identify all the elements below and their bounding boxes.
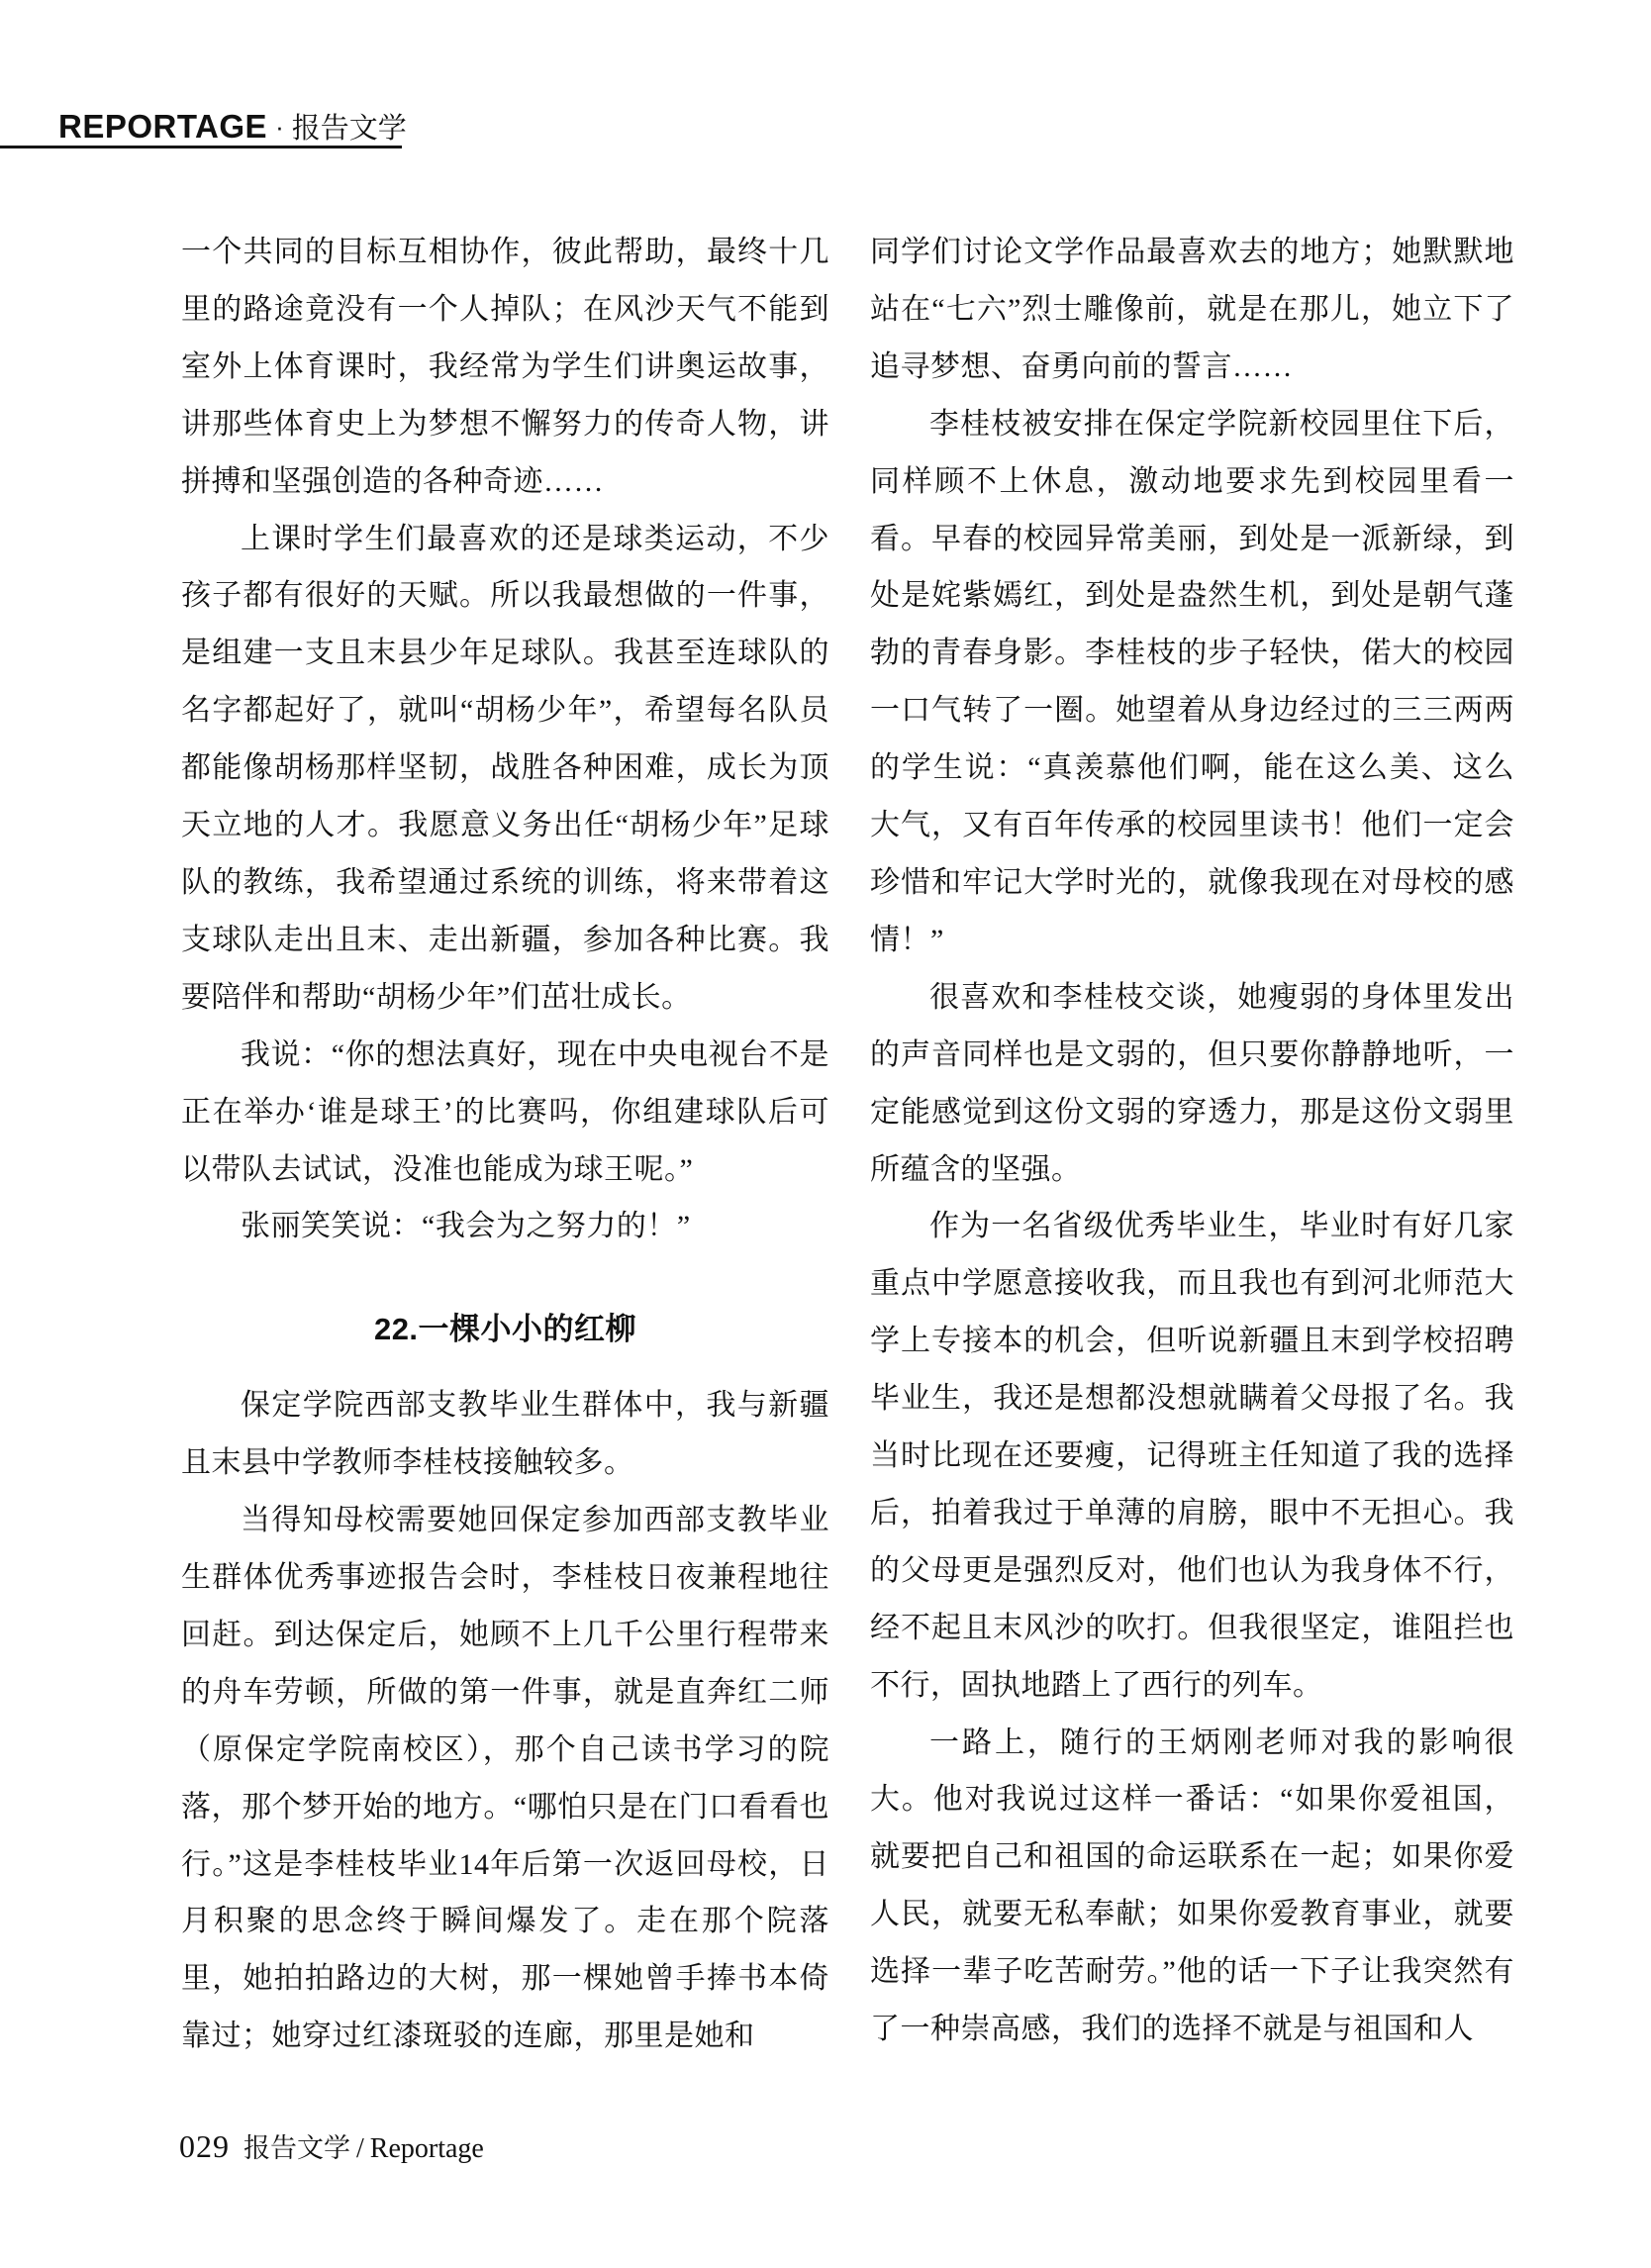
section-title-chinese: 报告文学 — [292, 113, 407, 145]
page-footer: 029报告文学/Reportage — [179, 2126, 484, 2173]
footer-section-english: Reportage — [370, 2133, 484, 2164]
body-paragraph: 当得知母校需要她回保定参加西部支教毕业生群体优秀事迹报告会时，李桂枝日夜兼程地往… — [181, 1492, 829, 2065]
page-number: 029 — [179, 2128, 230, 2164]
body-paragraph: 一个共同的目标互相协作，彼此帮助，最终十几里的路途竟没有一个人掉队；在风沙天气不… — [181, 224, 829, 511]
body-paragraph: 张丽笑笑说：“我会为之努力的！” — [181, 1198, 829, 1255]
footer-section-chinese: 报告文学 — [243, 2133, 350, 2163]
magazine-title: REPORTAGE — [58, 108, 267, 145]
body-paragraph: 作为一名省级优秀毕业生，毕业时有好几家重点中学愿意接收我，而且我也有到河北师范大… — [870, 1198, 1514, 1714]
body-paragraph: 同学们讨论文学作品最喜欢去的地方；她默默地站在“七六”烈士雕像前，就是在那儿，她… — [870, 224, 1514, 396]
magazine-page: REPORTAGE·报告文学 一个共同的目标互相协作，彼此帮助，最终十几里的路途… — [0, 0, 1651, 2268]
body-paragraph: 一路上，随行的王炳刚老师对我的影响很大。他对我说过这样一番话：“如果你爱祖国，就… — [870, 1715, 1514, 2058]
right-column: 同学们讨论文学作品最喜欢去的地方；她默默地站在“七六”烈士雕像前，就是在那儿，她… — [870, 224, 1514, 2058]
left-column: 一个共同的目标互相协作，彼此帮助，最终十几里的路途竟没有一个人掉队；在风沙天气不… — [181, 224, 829, 2065]
header-separator-dot: · — [267, 112, 292, 142]
body-paragraph: 很喜欢和李桂枝交谈，她瘦弱的身体里发出的声音同样也是文弱的，但只要你静静地听，一… — [870, 969, 1514, 1199]
section-heading: 22.一棵小小的红柳 — [181, 1301, 829, 1358]
footer-separator-slash: / — [356, 2133, 364, 2164]
body-paragraph: 上课时学生们最喜欢的还是球类运动，不少孩子都有很好的天赋。所以我最想做的一件事，… — [181, 511, 829, 1027]
body-paragraph: 保定学院西部支教毕业生群体中，我与新疆且末县中学教师李桂枝接触较多。 — [181, 1377, 829, 1492]
body-paragraph: 李桂枝被安排在保定学院新校园里住下后，同样顾不上休息，激动地要求先到校园里看一看… — [870, 396, 1514, 969]
body-paragraph: 我说：“你的想法真好，现在中央电视台不是正在举办‘谁是球王’的比赛吗，你组建球队… — [181, 1027, 829, 1199]
header-rule — [0, 146, 402, 148]
